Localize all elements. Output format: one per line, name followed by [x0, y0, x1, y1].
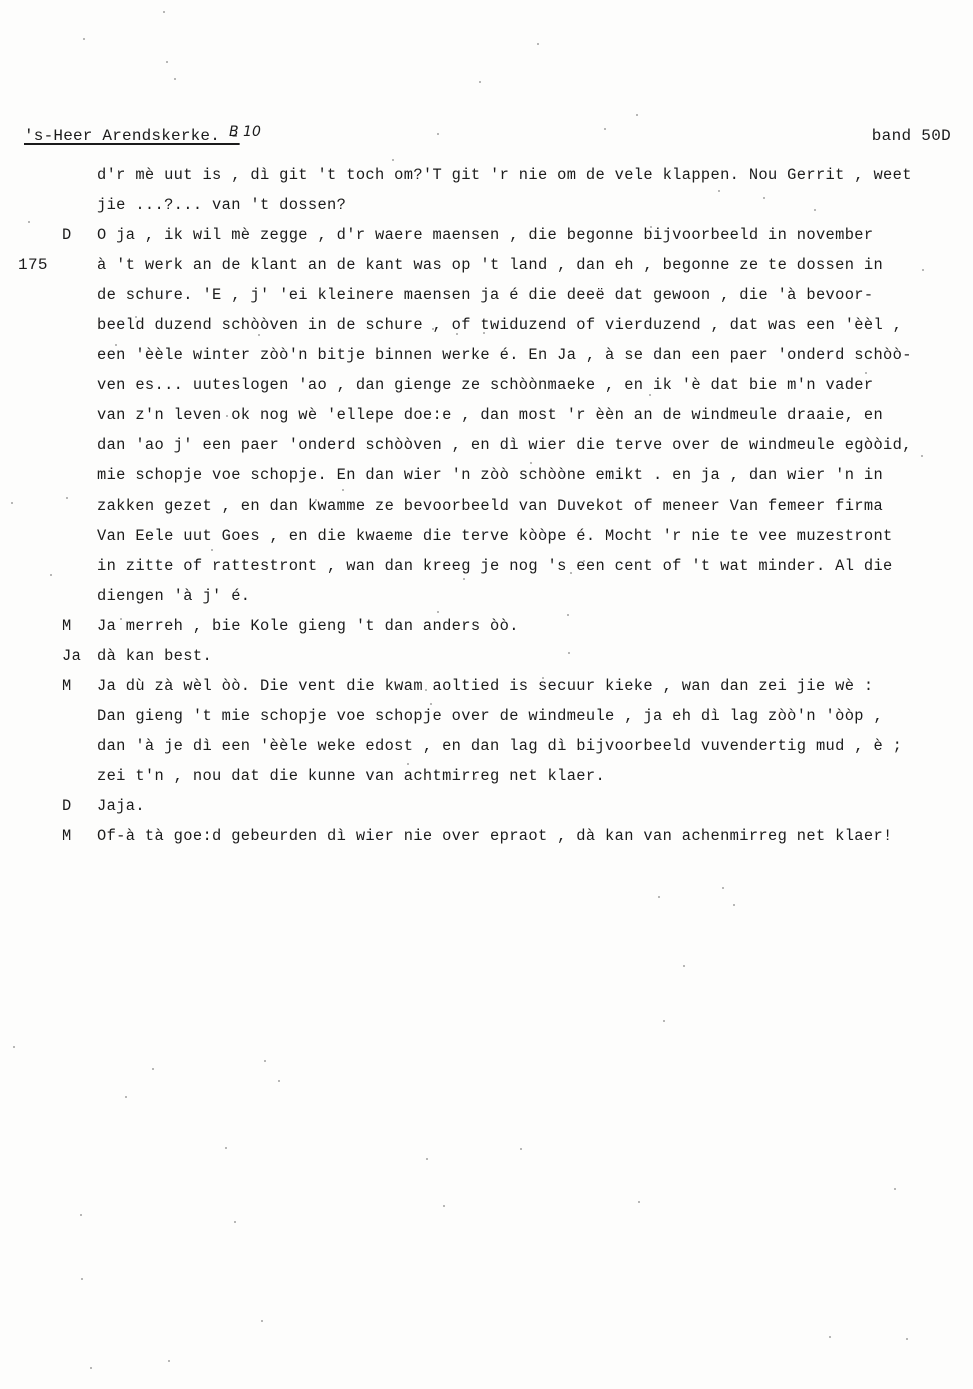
transcript-line: jie ...?... van 't dossen? [0, 190, 973, 220]
paper-speck [28, 221, 30, 223]
paper-speck [226, 415, 228, 417]
paper-speck [683, 965, 685, 967]
transcript-line: zakken gezet , en dan kwamme ze bevoorbe… [0, 491, 973, 521]
line-text: d'r mè uut is , dì git 't toch om?'T git… [97, 160, 912, 190]
transcript-line: DO ja , ik wil mè zegge , d'r waere maen… [0, 220, 973, 250]
transcript-line: van z'n leven ok nog wè 'ellepe doe:e , … [0, 400, 973, 430]
paper-speck [234, 1221, 236, 1223]
paper-speck [763, 197, 765, 199]
speaker-label: M [62, 611, 92, 641]
paper-speck [407, 763, 409, 765]
paper-speck [568, 652, 570, 654]
paper-speck [475, 778, 477, 780]
page-header: 's-Heer Arendskerke. - B 10 band 50D [24, 124, 951, 148]
paper-speck [425, 689, 427, 691]
line-text: Van Eele uut Goes , en die kwaeme die te… [97, 521, 893, 551]
paper-speck [570, 572, 572, 574]
transcript-line: zei t'n , nou dat die kunne van achtmirr… [0, 761, 973, 791]
paper-speck [649, 394, 651, 396]
paper-speck [583, 560, 585, 562]
paper-speck [479, 81, 481, 83]
paper-speck [225, 1147, 227, 1149]
paper-speck [520, 1148, 522, 1150]
paper-speck [658, 896, 660, 898]
transcript-line: Van Eele uut Goes , en die kwaeme die te… [0, 521, 973, 551]
paper-speck [166, 61, 168, 63]
paper-speck [437, 611, 439, 613]
transcript-line: Jadà kan best. [0, 641, 973, 671]
paper-speck [722, 887, 724, 889]
line-text: dà kan best. [97, 641, 212, 671]
speaker-label: D [62, 791, 92, 821]
transcript-line: een 'èèle winter zòò'n bitje binnen werk… [0, 340, 973, 370]
line-text: zei t'n , nou dat die kunne van achtmirr… [97, 761, 605, 791]
line-text: zakken gezet , en dan kwamme ze bevoorbe… [97, 491, 883, 521]
paper-speck [80, 1214, 82, 1216]
paper-speck [604, 128, 606, 130]
transcript-line: beeld duzend schòòven in de schure , of … [0, 310, 973, 340]
transcript-line: in zitte of rattestront , wan dan kreeg … [0, 551, 973, 581]
transcript-line: d'r mè uut is , dì git 't toch om?'T git… [0, 160, 973, 190]
paper-speck [315, 499, 317, 501]
paper-speck [537, 43, 539, 45]
transcript-line: ven es... uuteslogen 'ao , dan gienge ze… [0, 370, 973, 400]
transcript-line: DJaja. [0, 791, 973, 821]
paper-speck [865, 372, 867, 374]
paper-speck [894, 1188, 896, 1190]
paper-speck [115, 344, 117, 346]
transcript-line: MJa merreh , bie Kole gieng 't dan ander… [0, 611, 973, 641]
line-text: dan 'ao j' een paer 'onderd schòòven , e… [97, 430, 912, 460]
line-text: jie ...?... van 't dossen? [97, 190, 346, 220]
transcript-line: de schure. 'E , j' 'ei kleinere maensen … [0, 280, 973, 310]
speaker-label: D [62, 220, 92, 250]
paper-speck [90, 1367, 92, 1369]
paper-speck [278, 1080, 280, 1082]
paper-speck [733, 904, 735, 906]
paper-speck [443, 1205, 445, 1207]
transcript-body: d'r mè uut is , dì git 't toch om?'T git… [0, 160, 973, 851]
paper-speck [567, 614, 569, 616]
paper-speck [463, 578, 465, 580]
location-title: 's-Heer Arendskerke. - [24, 124, 240, 148]
line-text: in zitte of rattestront , wan dan kreeg … [97, 551, 893, 581]
paper-speck [906, 1338, 908, 1340]
paper-speck [81, 1278, 83, 1280]
speaker-label: Ja [62, 641, 92, 671]
paper-speck [829, 1336, 831, 1338]
transcript-line: Dan gieng 't mie schopje voe schopje ove… [0, 701, 973, 731]
paper-speck [650, 226, 652, 228]
transcript-line: diengen 'à j' é. [0, 581, 973, 611]
paper-speck [273, 678, 275, 680]
tape-band-label: band 50D [872, 124, 951, 148]
transcript-line: dan 'à je dì een 'èèle weke edost , en d… [0, 731, 973, 761]
paper-speck [814, 209, 816, 211]
handwritten-reference-mark: B 10 [229, 120, 261, 144]
paper-speck [426, 1158, 428, 1160]
line-text: Dan gieng 't mie schopje voe schopje ove… [97, 701, 883, 731]
paper-speck [638, 1201, 640, 1203]
paper-speck [437, 133, 439, 135]
paper-speck [168, 1360, 170, 1362]
line-text: de schure. 'E , j' 'ei kleinere maensen … [97, 280, 873, 310]
paper-speck [83, 38, 85, 40]
line-text: O ja , ik wil mè zegge , d'r waere maens… [97, 220, 873, 250]
line-text: mie schopje voe schopje. En dan wier 'n … [97, 460, 883, 490]
paper-speck [50, 574, 52, 576]
paper-speck [66, 497, 68, 499]
line-text: Ja merreh , bie Kole gieng 't dan anders… [97, 611, 519, 641]
paper-speck [342, 489, 344, 491]
transcript-line: dan 'ao j' een paer 'onderd schòòven , e… [0, 430, 973, 460]
paper-speck [163, 11, 165, 13]
transcript-line: MOf-à tà goe:d gebeurden dì wier nie ove… [0, 821, 973, 851]
speaker-label: M [62, 671, 92, 701]
paper-speck [483, 332, 485, 334]
speaker-label: M [62, 821, 92, 851]
line-text: een 'èèle winter zòò'n bitje binnen werk… [97, 340, 912, 370]
paper-speck [430, 703, 432, 705]
line-text: à 't werk an de klant an de kant was op … [97, 250, 883, 280]
paper-speck [530, 462, 532, 464]
line-text: beeld duzend schòòven in de schure , of … [97, 310, 902, 340]
line-text: dan 'à je dì een 'èèle weke edost , en d… [97, 731, 902, 761]
paper-speck [174, 78, 176, 80]
paper-speck [432, 328, 434, 330]
line-text: diengen 'à j' é. [97, 581, 250, 611]
paper-speck [922, 269, 924, 271]
paper-speck [211, 549, 213, 551]
line-text: ven es... uuteslogen 'ao , dan gienge ze… [97, 370, 873, 400]
transcript-line: 175à 't werk an de klant an de kant was … [0, 250, 973, 280]
paper-speck [456, 333, 458, 335]
paper-speck [152, 1068, 154, 1070]
paper-speck [392, 159, 394, 161]
line-text: van z'n leven ok nog wè 'ellepe doe:e , … [97, 400, 883, 430]
paper-speck [921, 455, 923, 457]
paper-speck [718, 190, 720, 192]
paper-speck [261, 1320, 263, 1322]
paper-speck [663, 1020, 665, 1022]
paper-speck [120, 618, 122, 620]
paper-speck [13, 1046, 15, 1048]
paper-speck [11, 502, 13, 504]
transcript-line: mie schopje voe schopje. En dan wier 'n … [0, 460, 973, 490]
paper-speck [258, 334, 260, 336]
line-text: Of-à tà goe:d gebeurden dì wier nie over… [97, 821, 893, 851]
paper-speck [636, 114, 638, 116]
line-text: Jaja. [97, 791, 145, 821]
margin-line-number: 175 [18, 250, 58, 280]
paper-speck [542, 677, 544, 679]
paper-speck [125, 1096, 127, 1098]
line-text: Ja dù zà wèl òò. Die vent die kwam aolti… [97, 671, 873, 701]
paper-speck [135, 316, 137, 318]
typewritten-transcript-page: 's-Heer Arendskerke. - B 10 band 50D d'r… [0, 0, 973, 1389]
paper-speck [264, 1060, 266, 1062]
transcript-line: MJa dù zà wèl òò. Die vent die kwam aolt… [0, 671, 973, 701]
